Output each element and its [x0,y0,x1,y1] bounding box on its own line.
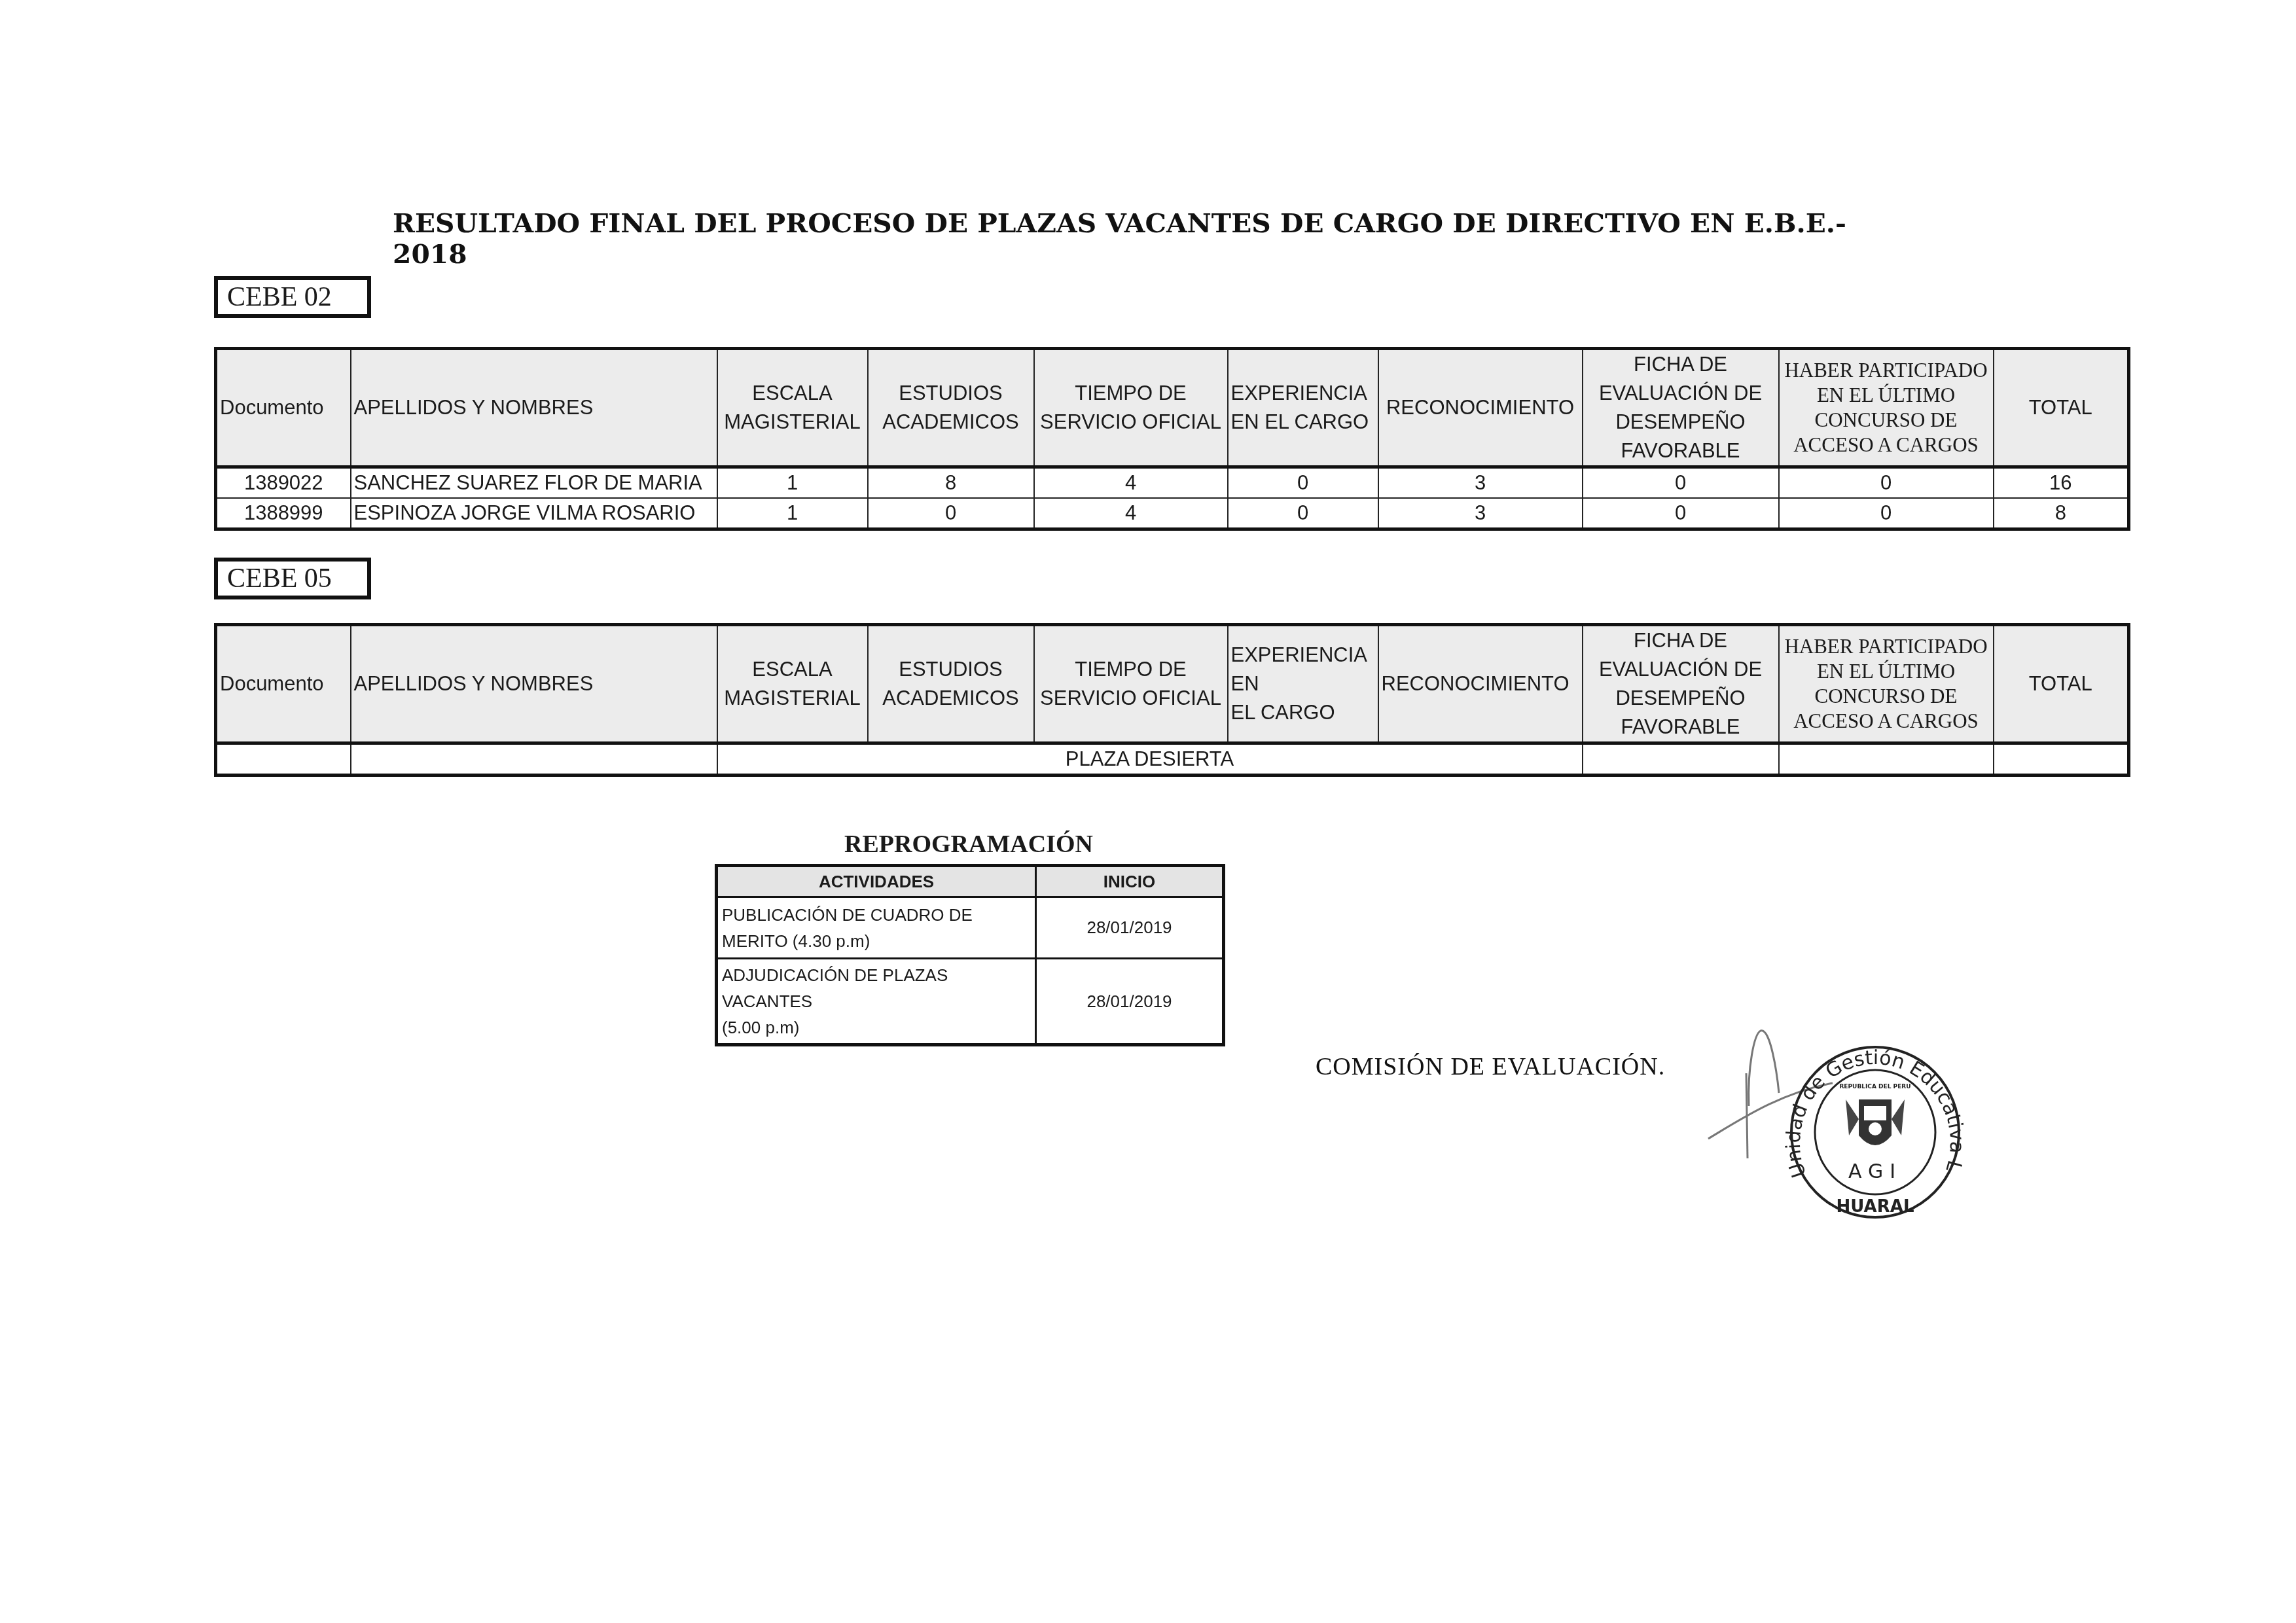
cell-nombres: ESPINOZA JORGE VILMA ROSARIO [351,498,717,529]
cell-inicio: 28/01/2019 [1036,959,1224,1045]
svg-text:AGI: AGI [1848,1160,1902,1183]
cell-ficha: 0 [1583,467,1779,499]
plaza-desierta-status: PLAZA DESIERTA [717,743,1583,776]
col-documento: Documento [216,625,351,743]
col-haber: HABER PARTICIPADOEN EL ÚLTIMOCONCURSO DE… [1779,349,1994,467]
cell-haber: 0 [1779,498,1994,529]
cell-ficha: 0 [1583,498,1779,529]
table-row: PUBLICACIÓN DE CUADRO DEMERITO (4.30 p.m… [717,897,1224,959]
table-row: 1388999 ESPINOZA JORGE VILMA ROSARIO 1 0… [216,498,2129,529]
results-table-cebe-02: Documento APELLIDOS Y NOMBRES ESCALAMAGI… [214,347,2130,531]
svg-text:HUARAL: HUARAL [1837,1197,1914,1217]
results-table-cebe-05: Documento APELLIDOS Y NOMBRES ESCALAMAGI… [214,623,2130,777]
cell-total: 16 [1994,467,2129,499]
col-escala: ESCALAMAGISTERIAL [717,349,868,467]
cell-total: 8 [1994,498,2129,529]
cell-inicio: 28/01/2019 [1036,897,1224,959]
table-row: 1389022 SANCHEZ SUAREZ FLOR DE MARIA 1 8… [216,467,2129,499]
col-estudios: ESTUDIOSACADEMICOS [868,625,1034,743]
cell-experiencia: 0 [1228,467,1378,499]
reprogramacion-table: ACTIVIDADES INICIO PUBLICACIÓN DE CUADRO… [715,864,1225,1046]
col-escala: ESCALAMAGISTERIAL [717,625,868,743]
cell-tiempo: 4 [1034,467,1228,499]
col-total: TOTAL [1994,625,2129,743]
col-actividades: ACTIVIDADES [717,866,1036,897]
svg-text:Unidad de Gestión Educativa Lo: Unidad de Gestión Educativa Local N° 10 [1702,1021,1968,1181]
cell-escala: 1 [717,467,868,499]
col-inicio: INICIO [1036,866,1224,897]
col-haber: HABER PARTICIPADOEN EL ÚLTIMOCONCURSO DE… [1779,625,1994,743]
reprogramacion-title: REPROGRAMACIÓN [707,830,1230,859]
cell-estudios: 8 [868,467,1034,499]
cell-documento: 1389022 [216,467,351,499]
col-tiempo: TIEMPO DESERVICIO OFICIAL [1034,349,1228,467]
cell-nombres: SANCHEZ SUAREZ FLOR DE MARIA [351,467,717,499]
table-header-row: Documento APELLIDOS Y NOMBRES ESCALAMAGI… [216,625,2129,743]
cell-ficha [1583,743,1779,776]
col-experiencia: EXPERIENCIA ENEL CARGO [1228,625,1378,743]
col-total: TOTAL [1994,349,2129,467]
official-seal: Unidad de Gestión Educativa Local N° 10 … [1702,1021,1977,1230]
col-nombres: APELLIDOS Y NOMBRES [351,625,717,743]
table-header-row: Documento APELLIDOS Y NOMBRES ESCALAMAGI… [216,349,2129,467]
cell-actividad: PUBLICACIÓN DE CUADRO DEMERITO (4.30 p.m… [717,897,1036,959]
table-row: PLAZA DESIERTA [216,743,2129,776]
col-experiencia: EXPERIENCIAEN EL CARGO [1228,349,1378,467]
col-ficha: FICHA DEEVALUACIÓN DEDESEMPEÑOFAVORABLE [1583,625,1779,743]
cell-escala: 1 [717,498,868,529]
table-row: ADJUDICACIÓN DE PLAZAS VACANTES(5.00 p.m… [717,959,1224,1045]
cell-total [1994,743,2129,776]
comision-label: COMISIÓN DE EVALUACIÓN. [1316,1052,1665,1081]
col-nombres: APELLIDOS Y NOMBRES [351,349,717,467]
svg-text:REPUBLICA DEL PERU: REPUBLICA DEL PERU [1839,1084,1910,1090]
cell-documento [216,743,351,776]
cell-nombres [351,743,717,776]
seal-icon: Unidad de Gestión Educativa Local N° 10 … [1702,1021,1977,1230]
section-label-cebe-02: CEBE 02 [214,276,371,318]
cell-tiempo: 4 [1034,498,1228,529]
cell-haber [1779,743,1994,776]
cell-estudios: 0 [868,498,1034,529]
col-estudios: ESTUDIOSACADEMICOS [868,349,1034,467]
col-ficha: FICHA DEEVALUACIÓN DEDESEMPEÑOFAVORABLE [1583,349,1779,467]
cell-haber: 0 [1779,467,1994,499]
cell-reconocimiento: 3 [1378,498,1583,529]
cell-reconocimiento: 3 [1378,467,1583,499]
cell-documento: 1388999 [216,498,351,529]
cell-experiencia: 0 [1228,498,1378,529]
section-label-cebe-05: CEBE 05 [214,558,371,599]
col-reconocimiento: RECONOCIMIENTO [1378,625,1583,743]
col-documento: Documento [216,349,351,467]
reprogramacion-header-row: ACTIVIDADES INICIO [717,866,1224,897]
document-title: RESULTADO FINAL DEL PROCESO DE PLAZAS VA… [393,208,1928,270]
col-tiempo: TIEMPO DESERVICIO OFICIAL [1034,625,1228,743]
cell-actividad: ADJUDICACIÓN DE PLAZAS VACANTES(5.00 p.m… [717,959,1036,1045]
col-reconocimiento: RECONOCIMIENTO [1378,349,1583,467]
